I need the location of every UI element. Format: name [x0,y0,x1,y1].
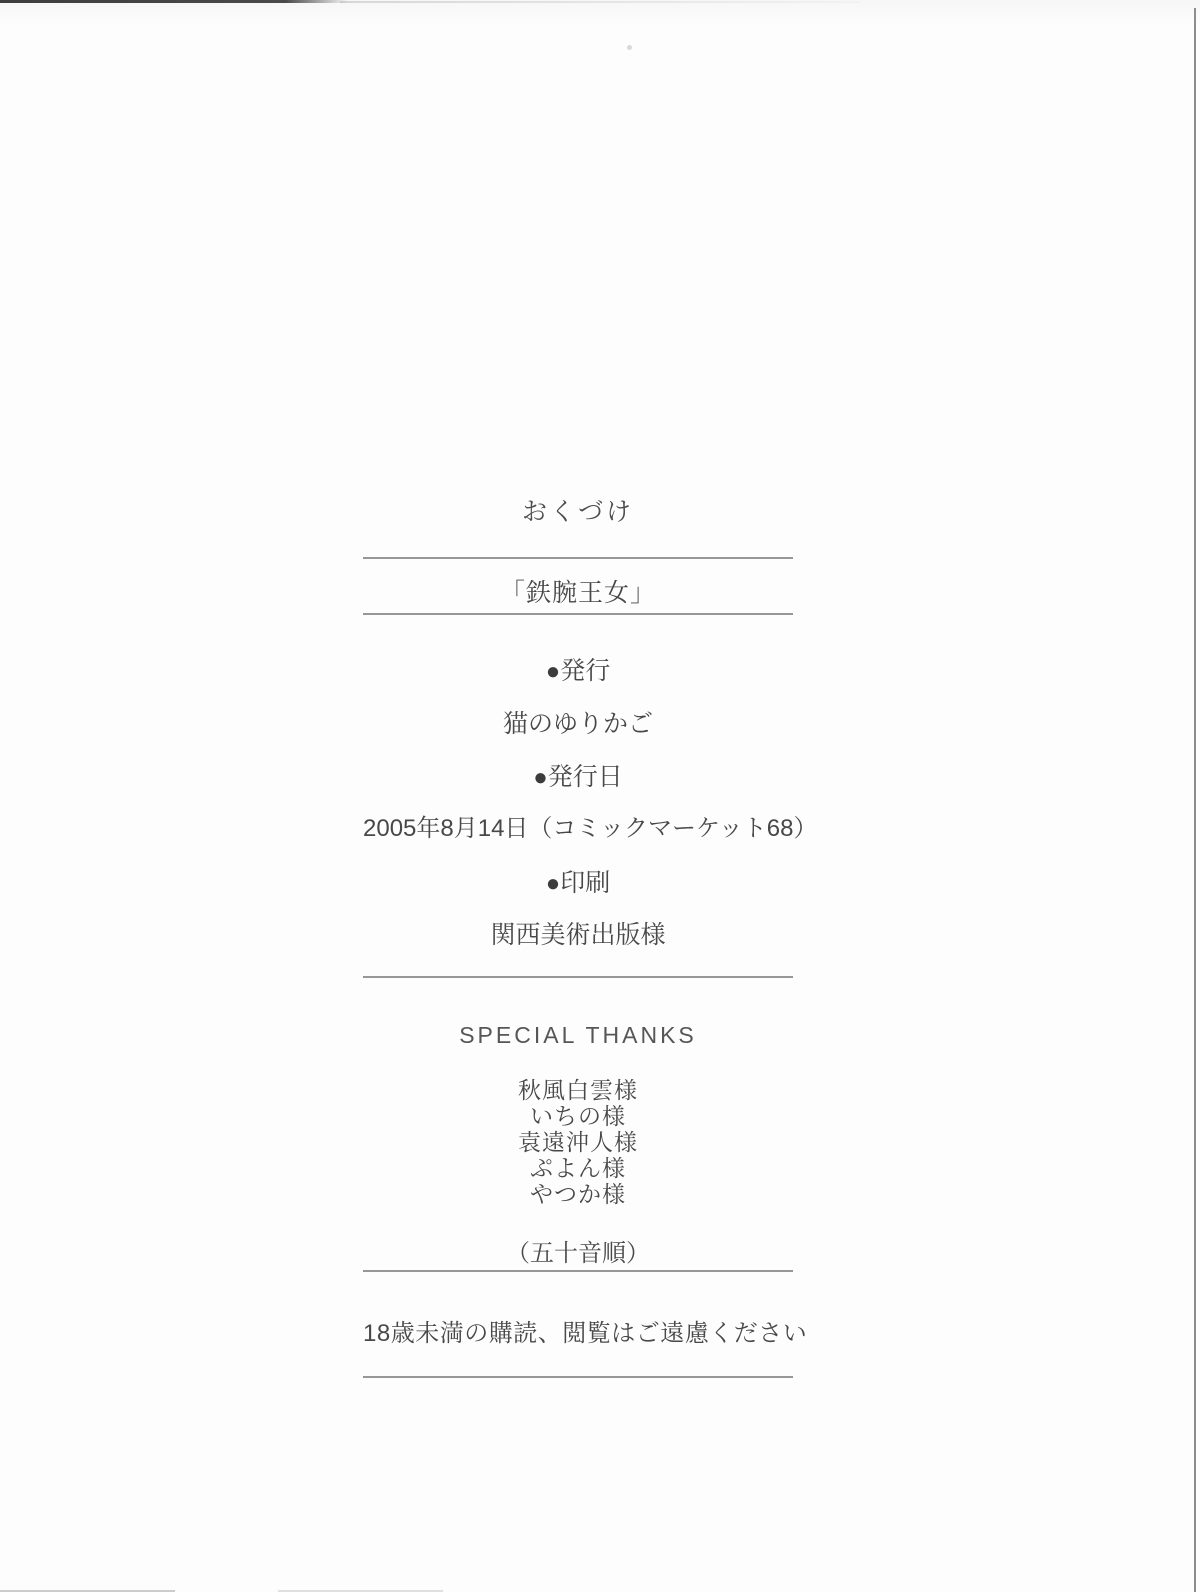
thanks-name: 秋風白雲様 [363,1077,793,1103]
divider-line [363,1376,793,1378]
special-thanks-heading: SPECIAL THANKS [363,1022,793,1049]
bullet-icon: ● [546,870,561,897]
thanks-name: ぷよん様 [363,1155,793,1181]
publish-date-label-row: ●発行日 [363,757,793,793]
bullet-icon: ● [533,764,548,791]
printer-label: 印刷 [560,869,610,897]
thanks-name: やつか様 [363,1181,793,1207]
special-thanks-list: 秋風白雲様 いちの様 袁遠沖人様 ぷよん様 やつか様 [363,1077,793,1207]
colophon-content: おくづけ 「鉄腕王女」 ●発行 猫のゆりかご ●発行日 2005年8月14日（コ… [363,0,793,1592]
age-restriction-notice: 18歳未満の購読、閲覧はご遠慮ください [363,1313,793,1348]
scan-edge-right [1194,8,1196,1592]
publish-date: 2005年8月14日（コミックマーケット68） [363,808,793,843]
name-order-note: （五十音順） [363,1233,793,1268]
divider-line [363,613,793,615]
colophon-heading: おくづけ [363,492,793,528]
book-title: 「鉄腕王女」 [363,573,793,609]
thanks-name: いちの様 [363,1103,793,1129]
printer-name: 関西美術出版様 [363,915,793,951]
scanned-page: おくづけ 「鉄腕王女」 ●発行 猫のゆりかご ●発行日 2005年8月14日（コ… [0,0,1200,1592]
publish-date-label: 発行日 [548,763,623,791]
printer-label-row: ●印刷 [363,863,793,899]
bullet-icon: ● [546,658,561,685]
publisher-label: 発行 [560,657,610,685]
scan-edge-top [0,0,348,3]
divider-line [363,557,793,559]
divider-line [363,1270,793,1272]
publisher-label-row: ●発行 [363,651,793,687]
divider-line [363,976,793,978]
thanks-name: 袁遠沖人様 [363,1129,793,1155]
publisher-name: 猫のゆりかご [363,704,793,740]
